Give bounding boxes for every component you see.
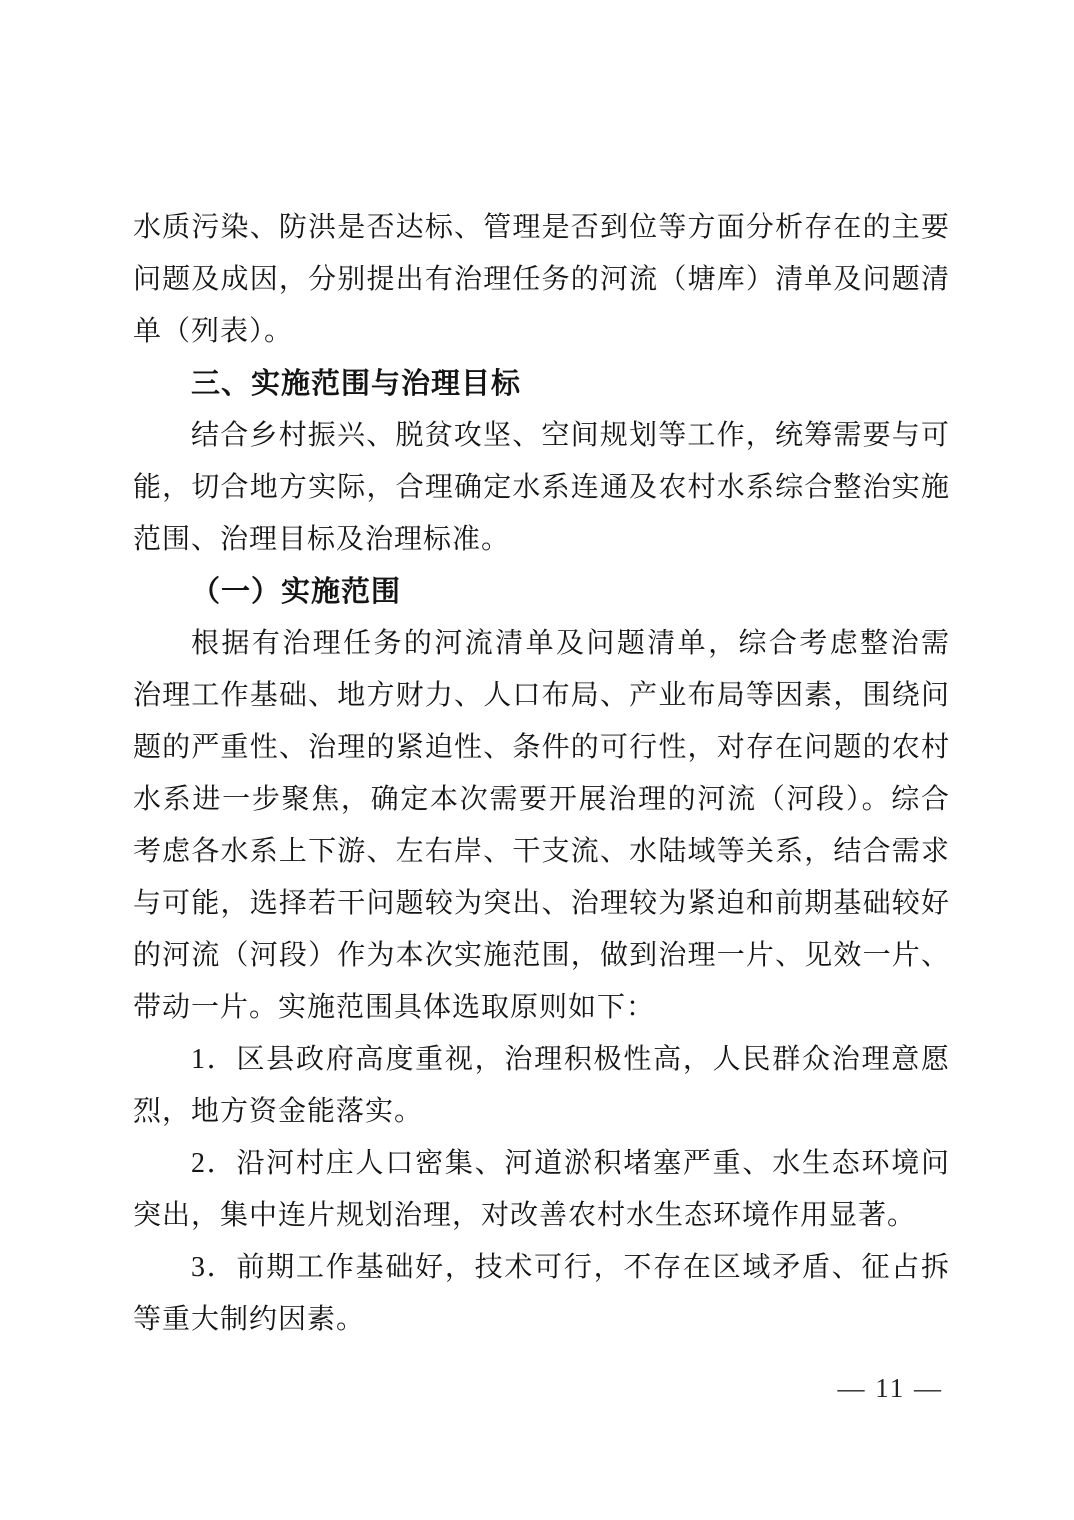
text-line: 能，切合地方实际，合理确定水系连通及农村水系综合整治实施: [133, 462, 950, 514]
text-line: 考虑各水系上下游、左右岸、干支流、水陆域等关系，结合需求: [133, 826, 950, 878]
list-item-line: 突出，集中连片规划治理，对改善农村水生态环境作用显著。: [133, 1190, 950, 1242]
text-line: 水系进一步聚焦，确定本次需要开展治理的河流（河段）。综合: [133, 774, 950, 826]
text-line: 水质污染、防洪是否达标、管理是否到位等方面分析存在的主要: [133, 202, 950, 254]
section-heading: 三、实施范围与治理目标: [133, 358, 950, 410]
text-line: 的河流（河段）作为本次实施范围，做到治理一片、见效一片、: [133, 930, 950, 982]
text-line: 单（列表）。: [133, 306, 950, 358]
text-line: 结合乡村振兴、脱贫攻坚、空间规划等工作，统筹需要与可: [133, 410, 950, 462]
text-line: 根据有治理任务的河流清单及问题清单，综合考虑整治需求、: [133, 618, 950, 670]
list-item-line: 3．前期工作基础好，技术可行，不存在区域矛盾、征占拆迁: [133, 1242, 950, 1294]
text-line: 治理工作基础、地方财力、人口布局、产业布局等因素，围绕问: [133, 670, 950, 722]
list-item-line: 1．区县政府高度重视，治理积极性高，人民群众治理意愿强: [133, 1034, 950, 1086]
text-line: 题的严重性、治理的紧迫性、条件的可行性，对存在问题的农村: [133, 722, 950, 774]
page-number: — 11 —: [838, 1368, 944, 1408]
text-line: 问题及成因，分别提出有治理任务的河流（塘库）清单及问题清: [133, 254, 950, 306]
document-page: 水质污染、防洪是否达标、管理是否到位等方面分析存在的主要 问题及成因，分别提出有…: [0, 0, 1074, 1520]
document-text: 水质污染、防洪是否达标、管理是否到位等方面分析存在的主要 问题及成因，分别提出有…: [133, 202, 950, 1346]
text-line: 范围、治理目标及治理标准。: [133, 514, 950, 566]
list-item-line: 等重大制约因素。: [133, 1294, 950, 1346]
text-line: 与可能，选择若干问题较为突出、治理较为紧迫和前期基础较好: [133, 878, 950, 930]
list-item-line: 2．沿河村庄人口密集、河道淤积堵塞严重、水生态环境问题: [133, 1138, 950, 1190]
subsection-heading: （一）实施范围: [133, 566, 950, 618]
list-item-line: 烈，地方资金能落实。: [133, 1086, 950, 1138]
text-line: 带动一片。实施范围具体选取原则如下：: [133, 982, 950, 1034]
